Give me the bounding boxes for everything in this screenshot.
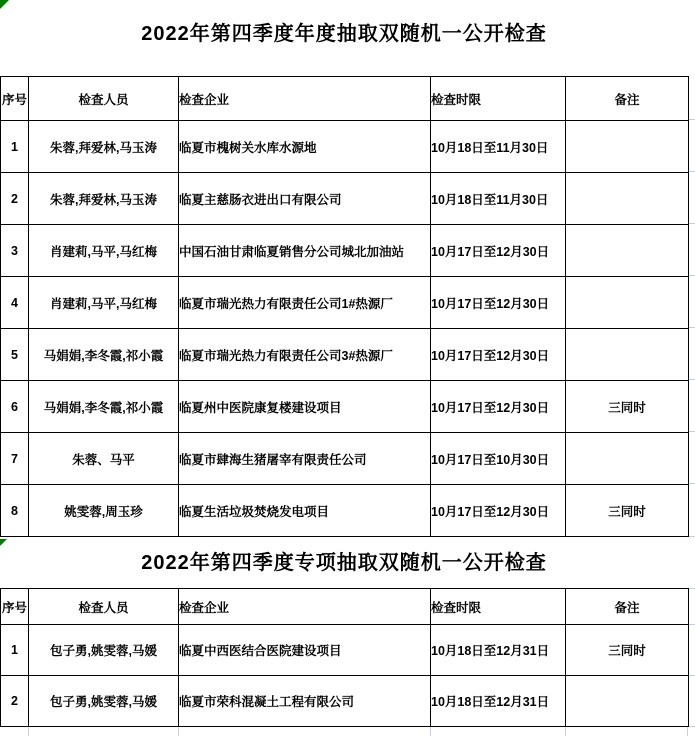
cell-deadline[interactable]: 10月18日至11月30日 — [431, 121, 566, 173]
cell-deadline[interactable]: 10月18日至12月31日 — [431, 676, 566, 727]
cell-enterprise[interactable]: 临夏中西医结合医院建设项目 — [179, 625, 431, 676]
gridline-stub — [178, 727, 179, 736]
cell-remarks[interactable]: 三同时 — [566, 625, 689, 676]
cell-remarks[interactable] — [566, 676, 689, 727]
section-title-special[interactable]: 2022年第四季度专项抽取双随机一公开检查 — [0, 536, 688, 588]
cell-inspectors[interactable]: 朱蓉,拜爱林,马玉涛 — [29, 121, 179, 173]
cell-enterprise[interactable]: 临夏市瑞光热力有限责任公司3#热源厂 — [179, 329, 431, 381]
cell-remarks[interactable]: 三同时 — [566, 485, 689, 537]
cell-enterprise[interactable]: 临夏市肆海生猪屠宰有限责任公司 — [179, 433, 431, 485]
table-row: 1 朱蓉,拜爱林,马玉涛 临夏市槐树关水库水源地 10月18日至11月30日 — [1, 121, 689, 173]
gridline-stub — [689, 431, 695, 432]
cell-deadline[interactable]: 10月18日至12月31日 — [431, 625, 566, 676]
cell-inspectors[interactable]: 姚雯蓉,周玉珍 — [29, 485, 179, 537]
gridline-stub — [689, 536, 695, 537]
table-row: 3 肖建莉,马平,马红梅 中国石油甘肃临夏销售分公司城北加油站 10月17日至1… — [1, 225, 689, 277]
cell-enterprise[interactable]: 临夏市瑞光热力有限责任公司1#热源厂 — [179, 277, 431, 329]
cell-index[interactable]: 7 — [1, 433, 29, 485]
gridline-stub — [689, 675, 695, 676]
gridline-stub — [565, 727, 566, 736]
cell-remarks[interactable] — [566, 225, 689, 277]
cell-index[interactable]: 8 — [1, 485, 29, 537]
gridline-stub — [689, 223, 695, 224]
cell-inspectors[interactable]: 包子勇,姚雯蓉,马媛 — [29, 625, 179, 676]
cell-remarks[interactable] — [566, 173, 689, 225]
gridline-stub — [28, 727, 29, 736]
cell-enterprise[interactable]: 中国石油甘肃临夏销售分公司城北加油站 — [179, 225, 431, 277]
cell-inspectors[interactable]: 朱蓉,拜爱林,马玉涛 — [29, 173, 179, 225]
cell-deadline[interactable]: 10月17日至12月30日 — [431, 277, 566, 329]
gridline-stub — [430, 727, 431, 736]
column-header-remarks[interactable]: 备注 — [566, 589, 689, 625]
gridline-stub — [689, 171, 695, 172]
cell-enterprise[interactable]: 临夏市槐树关水库水源地 — [179, 121, 431, 173]
gridline-stub — [689, 726, 695, 727]
section-title-annual[interactable]: 2022年第四季度年度抽取双随机一公开检查 — [0, 0, 688, 76]
cell-inspectors[interactable]: 马娟娟,李冬霞,祁小霞 — [29, 381, 179, 433]
cell-deadline[interactable]: 10月17日至10月30日 — [431, 433, 566, 485]
cell-inspectors[interactable]: 马娟娟,李冬霞,祁小霞 — [29, 329, 179, 381]
table-header-row: 序号 检查人员 检查企业 检查时限 备注 — [1, 77, 689, 121]
table-row: 2 朱蓉,拜爱林,马玉涛 临夏主慈肠衣进出口有限公司 10月18日至11月30日 — [1, 173, 689, 225]
gridline-stub — [687, 727, 688, 736]
cell-index[interactable]: 3 — [1, 225, 29, 277]
cell-deadline[interactable]: 10月17日至12月30日 — [431, 485, 566, 537]
cell-remarks[interactable] — [566, 329, 689, 381]
gridline-stub — [689, 119, 695, 120]
cell-index[interactable]: 2 — [1, 676, 29, 727]
column-header-index[interactable]: 序号 — [1, 77, 29, 121]
column-header-inspectors[interactable]: 检查人员 — [29, 77, 179, 121]
cell-remarks[interactable] — [566, 277, 689, 329]
table-row: 4 肖建莉,马平,马红梅 临夏市瑞光热力有限责任公司1#热源厂 10月17日至1… — [1, 277, 689, 329]
column-header-inspectors[interactable]: 检查人员 — [29, 589, 179, 625]
cell-inspectors[interactable]: 肖建莉,马平,马红梅 — [29, 277, 179, 329]
gridline-stub — [689, 483, 695, 484]
cell-enterprise[interactable]: 临夏市荣科混凝土工程有限公司 — [179, 676, 431, 727]
cell-remarks[interactable] — [566, 433, 689, 485]
spreadsheet-canvas: 2022年第四季度年度抽取双随机一公开检查 序号 检查人员 检查企业 检查时限 … — [0, 0, 695, 736]
annual-inspection-table: 序号 检查人员 检查企业 检查时限 备注 1 朱蓉,拜爱林,马玉涛 临夏市槐树关… — [0, 76, 689, 537]
cell-index[interactable]: 6 — [1, 381, 29, 433]
column-header-deadline[interactable]: 检查时限 — [431, 77, 566, 121]
special-inspection-table: 序号 检查人员 检查企业 检查时限 备注 1 包子勇,姚雯蓉,马媛 临夏中西医结… — [0, 588, 689, 727]
cell-inspectors[interactable]: 朱蓉、马平 — [29, 433, 179, 485]
cell-deadline[interactable]: 10月17日至12月30日 — [431, 381, 566, 433]
table-row: 1 包子勇,姚雯蓉,马媛 临夏中西医结合医院建设项目 10月18日至12月31日… — [1, 625, 689, 676]
column-header-enterprise[interactable]: 检查企业 — [179, 77, 431, 121]
column-header-deadline[interactable]: 检查时限 — [431, 589, 566, 625]
cell-deadline[interactable]: 10月17日至12月30日 — [431, 225, 566, 277]
cell-index[interactable]: 5 — [1, 329, 29, 381]
cell-index[interactable]: 1 — [1, 121, 29, 173]
table-row: 2 包子勇,姚雯蓉,马媛 临夏市荣科混凝土工程有限公司 10月18日至12月31… — [1, 676, 689, 727]
cell-remarks[interactable]: 三同时 — [566, 381, 689, 433]
cell-enterprise[interactable]: 临夏州中医院康复楼建设项目 — [179, 381, 431, 433]
cell-index[interactable]: 1 — [1, 625, 29, 676]
cell-enterprise[interactable]: 临夏生活垃圾焚烧发电项目 — [179, 485, 431, 537]
cell-deadline[interactable]: 10月18日至11月30日 — [431, 173, 566, 225]
cell-enterprise[interactable]: 临夏主慈肠衣进出口有限公司 — [179, 173, 431, 225]
gridline-stub — [689, 327, 695, 328]
table-row: 5 马娟娟,李冬霞,祁小霞 临夏市瑞光热力有限责任公司3#热源厂 10月17日至… — [1, 329, 689, 381]
cell-index[interactable]: 4 — [1, 277, 29, 329]
cell-index[interactable]: 2 — [1, 173, 29, 225]
column-header-enterprise[interactable]: 检查企业 — [179, 589, 431, 625]
table-row: 7 朱蓉、马平 临夏市肆海生猪屠宰有限责任公司 10月17日至10月30日 — [1, 433, 689, 485]
gridline-stub — [689, 379, 695, 380]
cell-inspectors[interactable]: 肖建莉,马平,马红梅 — [29, 225, 179, 277]
column-header-index[interactable]: 序号 — [1, 589, 29, 625]
cell-remarks[interactable] — [566, 121, 689, 173]
gridline-stub — [689, 624, 695, 625]
column-header-remarks[interactable]: 备注 — [566, 77, 689, 121]
cell-inspectors[interactable]: 包子勇,姚雯蓉,马媛 — [29, 676, 179, 727]
table-row: 6 马娟娟,李冬霞,祁小霞 临夏州中医院康复楼建设项目 10月17日至12月30… — [1, 381, 689, 433]
cell-deadline[interactable]: 10月17日至12月30日 — [431, 329, 566, 381]
gridline-stub — [689, 275, 695, 276]
table-row: 8 姚雯蓉,周玉珍 临夏生活垃圾焚烧发电项目 10月17日至12月30日 三同时 — [1, 485, 689, 537]
table-header-row: 序号 检查人员 检查企业 检查时限 备注 — [1, 589, 689, 625]
gridline-stub — [689, 588, 695, 589]
